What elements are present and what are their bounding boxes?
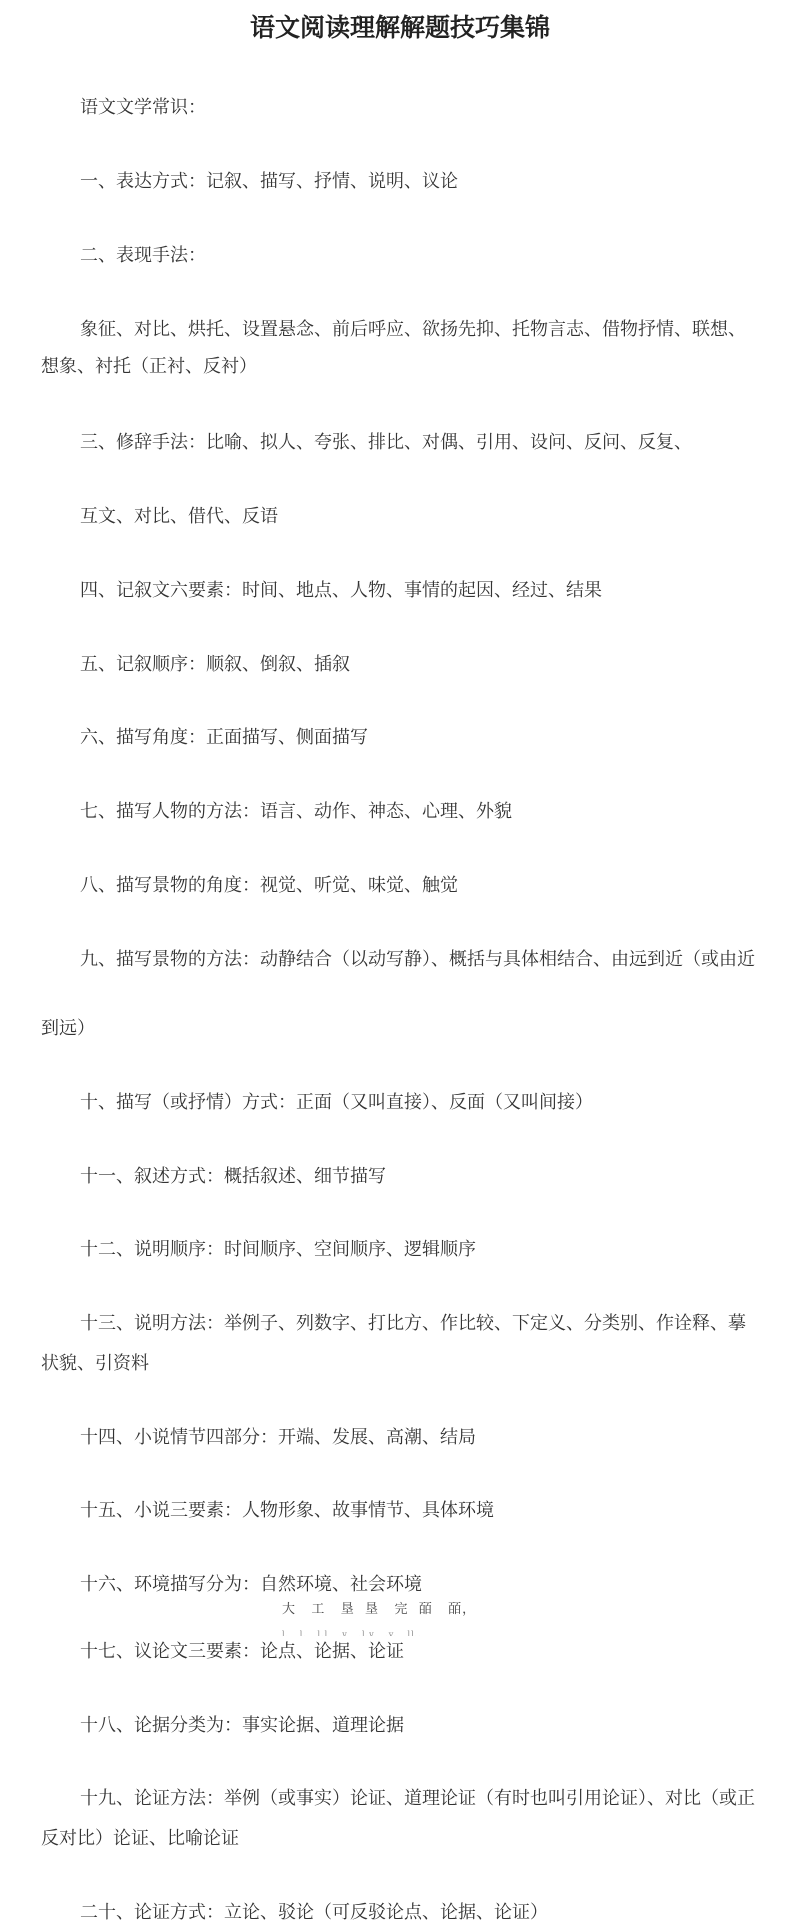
text-line: 十四、小说情节四部分：开端、发展、高潮、结局: [80, 1426, 476, 1450]
text-line: 八、描写景物的角度：视觉、听觉、味觉、触觉: [80, 874, 458, 898]
text-line: 二十、论证方式：立论、驳论（可反驳论点、论据、论证）: [80, 1901, 548, 1925]
text-line: 象征、对比、烘托、设置悬念、前后呼应、欲扬先抑、托物言志、借物抒情、联想、: [80, 318, 746, 342]
text-line: 十九、论证方法：举例（或事实）论证、道理论证（有时也叫引用论证）、对比（或正: [80, 1787, 755, 1811]
text-line: 到远）: [41, 1017, 95, 1041]
text-line: 互文、对比、借代、反语: [80, 505, 278, 529]
overlay-artifact-text: 大 工 垦 垦 完 皕 皕，: [282, 1598, 476, 1617]
overlay-artifact-text-cut: l. l. l.l .v .l.v .v. ll..: [282, 1630, 422, 1636]
text-line: 二、表现手法：: [80, 244, 206, 268]
text-line: 一、表达方式：记叙、描写、抒情、说明、议论: [80, 170, 458, 194]
text-line: 十七、议论文三要素：论点、论据、论证: [80, 1640, 404, 1664]
text-line: 十、描写（或抒情）方式：正面（又叫直接）、反面（又叫间接）: [80, 1091, 593, 1115]
text-line: 十一、叙述方式：概括叙述、细节描写: [80, 1165, 386, 1189]
text-line: 四、记叙文六要素：时间、地点、人物、事情的起因、经过、结果: [80, 579, 602, 603]
document-title: 语文阅读理解解题技巧集锦: [0, 12, 800, 44]
text-line: 三、修辞手法：比喻、拟人、夸张、排比、对偶、引用、设问、反问、反复、: [80, 431, 692, 455]
text-line: 十二、说明顺序：时间顺序、空间顺序、逻辑顺序: [80, 1238, 476, 1262]
text-line: 想象、衬托（正衬、反衬）: [41, 355, 257, 379]
text-line: 反对比）论证、比喻论证: [41, 1827, 239, 1851]
text-line: 十五、小说三要素：人物形象、故事情节、具体环境: [80, 1499, 494, 1523]
text-line: 状貌、引资料: [41, 1352, 149, 1376]
text-line: 语文文学常识：: [80, 96, 206, 120]
text-line: 十八、论据分类为：事实论据、道理论据: [80, 1714, 404, 1738]
text-line: 九、描写景物的方法：动静结合（以动写静）、概括与具体相结合、由远到近（或由近: [80, 948, 755, 972]
text-line: 五、记叙顺序：顺叙、倒叙、插叙: [80, 653, 350, 677]
text-line: 十六、环境描写分为：自然环境、社会环境: [80, 1573, 422, 1597]
text-line: 十三、说明方法：举例子、列数字、打比方、作比较、下定义、分类别、作诠释、摹: [80, 1312, 746, 1336]
text-line: 七、描写人物的方法：语言、动作、神态、心理、外貌: [80, 800, 512, 824]
text-line: 六、描写角度：正面描写、侧面描写: [80, 726, 368, 750]
